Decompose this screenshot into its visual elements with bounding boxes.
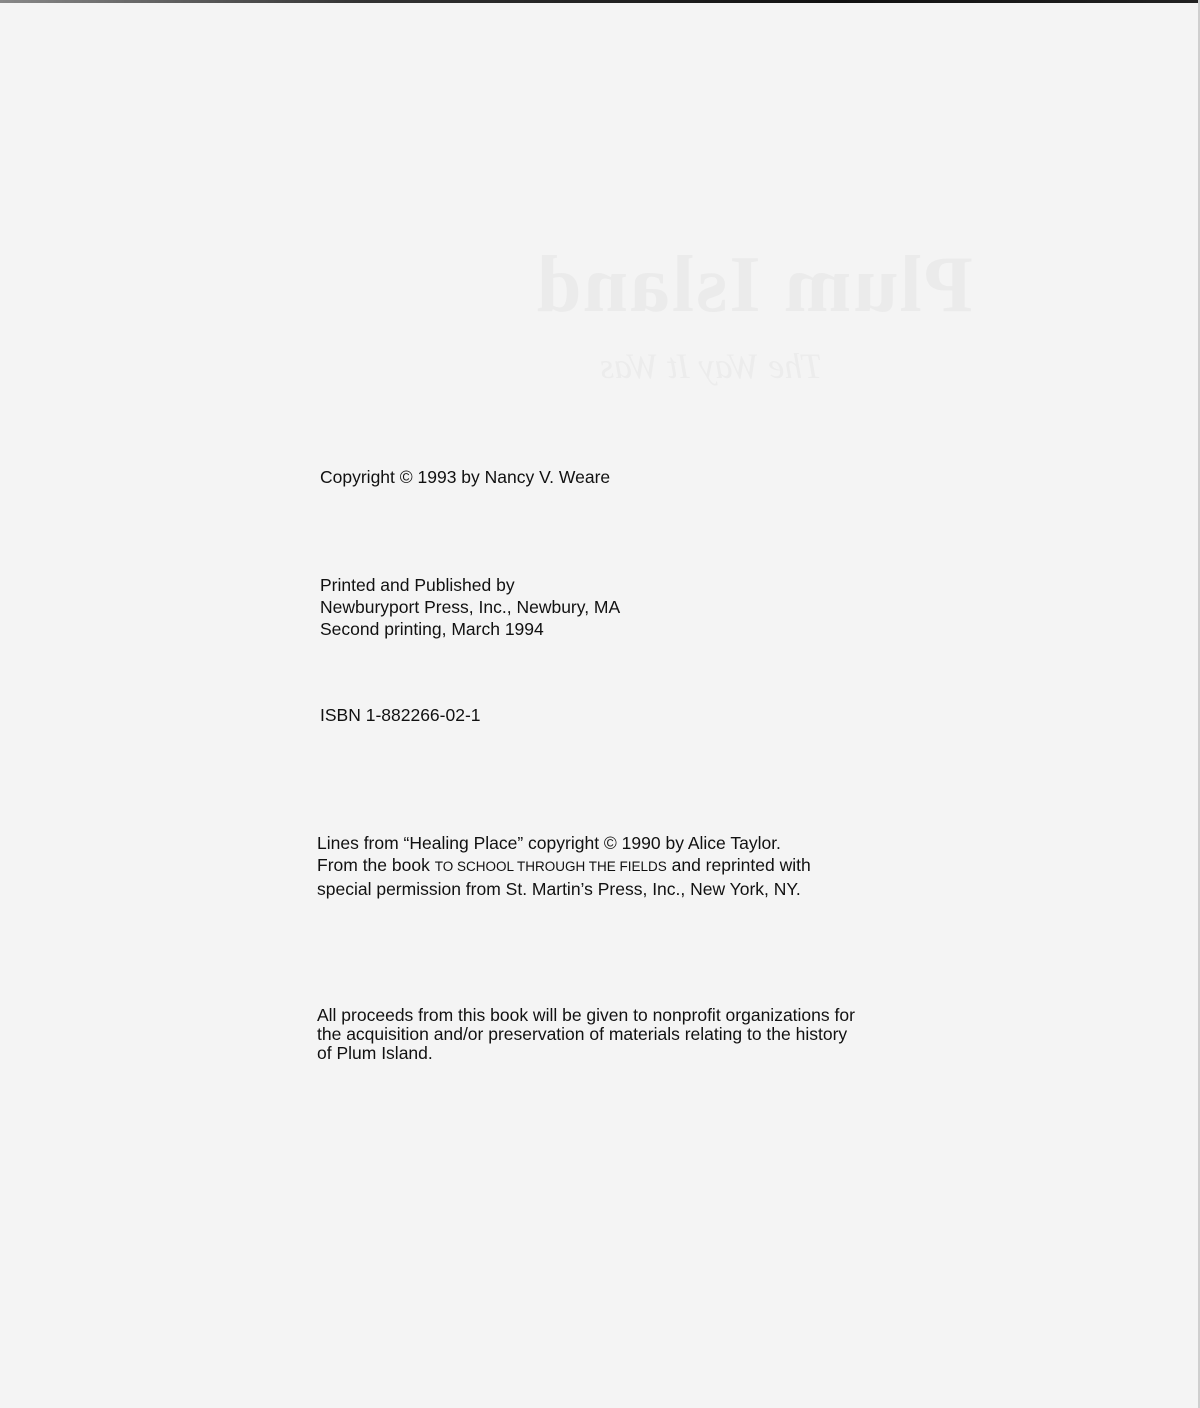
publisher-line: Printed and Published by (320, 574, 620, 596)
bleed-through-title: Plum Island (535, 240, 973, 331)
permission-line: special permission from St. Martin’s Pre… (317, 878, 811, 900)
publisher-line: Newburyport Press, Inc., Newbury, MA (320, 596, 620, 618)
book-title: TO SCHOOL THROUGH THE FIELDS (435, 859, 667, 874)
isbn-line: ISBN 1-882266-02-1 (320, 704, 481, 726)
permission-prefix: From the book (317, 855, 435, 875)
proceeds-line: All proceeds from this book will be give… (317, 1006, 855, 1025)
proceeds-line: of Plum Island. (317, 1044, 855, 1063)
publisher-line: Second printing, March 1994 (320, 618, 620, 640)
copyright-line: Copyright © 1993 by Nancy V. Weare (320, 466, 610, 488)
permission-line: Lines from “Healing Place” copyright © 1… (317, 832, 811, 854)
proceeds-statement: All proceeds from this book will be give… (317, 1006, 855, 1063)
scan-top-edge (0, 0, 1200, 3)
publisher-info: Printed and Published by Newburyport Pre… (320, 574, 620, 640)
proceeds-line: the acquisition and/or preservation of m… (317, 1025, 855, 1044)
permission-line: From the book TO SCHOOL THROUGH THE FIEL… (317, 854, 811, 878)
copyright-notice: Copyright © 1993 by Nancy V. Weare (320, 466, 610, 488)
permission-suffix: and reprinted with (667, 855, 811, 875)
isbn: ISBN 1-882266-02-1 (320, 704, 481, 726)
bleed-through-subtitle: The Way It Was (600, 345, 822, 387)
permission-credit: Lines from “Healing Place” copyright © 1… (317, 832, 811, 900)
